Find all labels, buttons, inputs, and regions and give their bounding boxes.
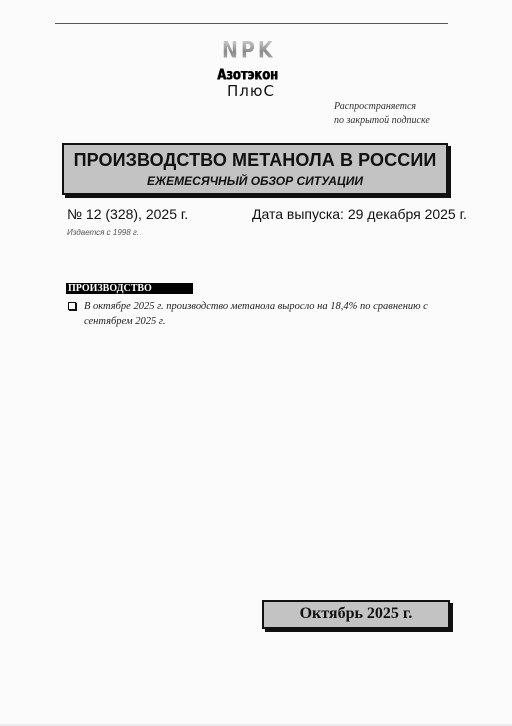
period-label: Октябрь 2025 г. bbox=[264, 605, 448, 623]
title-box: ПРОИЗВОДСТВО МЕТАНОЛА В РОССИИ ЕЖЕМЕСЯЧН… bbox=[62, 143, 448, 195]
logo-azotekon-text: Азотэкон bbox=[217, 66, 278, 84]
top-rule-divider bbox=[55, 23, 448, 24]
logo-plus-text: ПлюС bbox=[227, 82, 275, 100]
logo: NPK Азотэкон ПлюС bbox=[200, 38, 310, 102]
page-subtitle: ЕЖЕМЕСЯЧНЫЙ ОБЗОР СИТУАЦИИ bbox=[64, 174, 446, 188]
page-title: ПРОИЗВОДСТВО МЕТАНОЛА В РОССИИ bbox=[64, 150, 446, 171]
period-box: Октябрь 2025 г. bbox=[262, 600, 450, 629]
logo-npk-text: NPK bbox=[222, 38, 276, 63]
distribution-note: Распространяется по закрытой подписке bbox=[334, 100, 430, 128]
list-item-text: В октябре 2025 г. производство метанола … bbox=[84, 299, 450, 329]
distribution-note-line1: Распространяется bbox=[334, 100, 430, 114]
distribution-note-line2: по закрытой подписке bbox=[334, 114, 430, 128]
issue-release-date: Дата выпуска: 29 декабря 2025 г. bbox=[252, 206, 467, 222]
checkbox-square-icon bbox=[68, 302, 76, 310]
published-since: Издается с 1998 г. bbox=[67, 228, 139, 237]
issue-number: № 12 (328), 2025 г. bbox=[67, 206, 188, 222]
section-header-production: ПРОИЗВОДСТВО bbox=[66, 283, 193, 294]
